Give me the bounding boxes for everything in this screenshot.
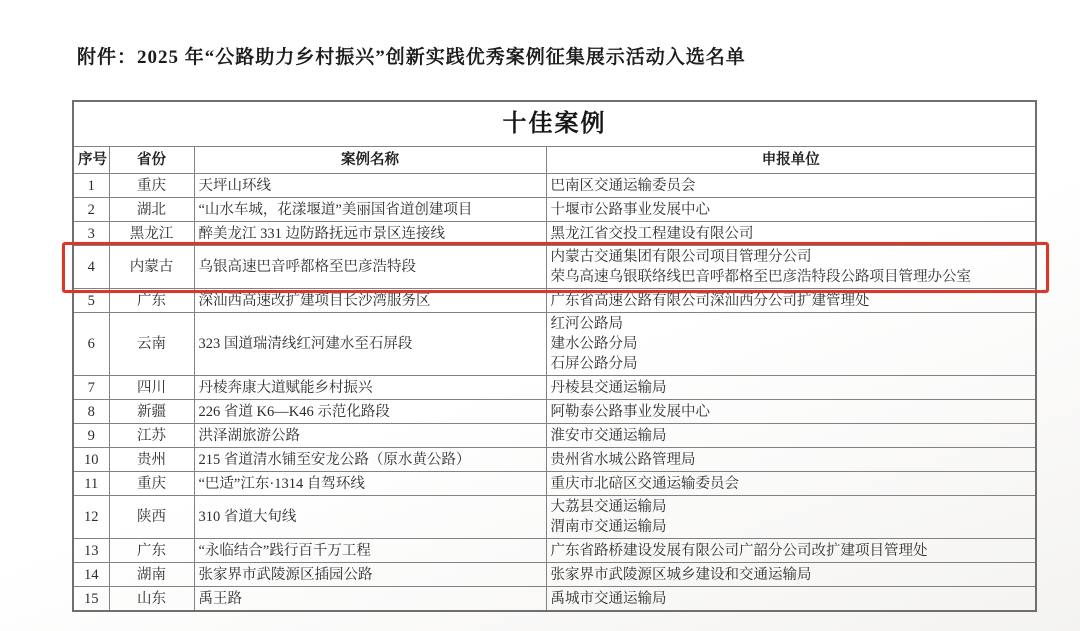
table-row: 5广东深汕西高速改扩建项目长沙湾服务区广东省高速公路有限公司深汕西分公司扩建管理… — [73, 289, 1036, 313]
unit-line: 丹棱县交通运输局 — [551, 378, 1032, 398]
cell-case-name: “永临结合”践行百千万工程 — [194, 539, 546, 563]
cell-province: 重庆 — [109, 174, 194, 198]
cell-applying-unit: 丹棱县交通运输局 — [546, 376, 1036, 400]
unit-line: 阿勒泰公路事业发展中心 — [551, 402, 1032, 422]
table-body: 1重庆天坪山环线巴南区交通运输委员会2湖北“山水车城，花漾堰道”美丽国省道创建项… — [73, 174, 1036, 612]
table-row: 3黑龙江醉美龙江 331 边防路抚远市景区连接线黑龙江省交投工程建设有限公司 — [73, 222, 1036, 246]
cell-province: 湖北 — [109, 198, 194, 222]
cell-serial-number: 7 — [73, 376, 109, 400]
cell-applying-unit: 阿勒泰公路事业发展中心 — [546, 400, 1036, 424]
unit-line: 荣乌高速乌银联络线巴音呼都格至巴彦浩特段公路项目管理办公室 — [551, 267, 1032, 287]
cell-serial-number: 12 — [73, 496, 109, 539]
cell-serial-number: 13 — [73, 539, 109, 563]
cell-applying-unit: 十堰市公路事业发展中心 — [546, 198, 1036, 222]
table-caption: 十佳案例 — [73, 101, 1036, 147]
table-row: 14湖南张家界市武陵源区插园公路张家界市武陵源区城乡建设和交通运输局 — [73, 563, 1036, 587]
cell-province: 云南 — [109, 313, 194, 376]
unit-line: 黑龙江省交投工程建设有限公司 — [551, 224, 1032, 244]
cell-serial-number: 4 — [73, 246, 109, 289]
cell-applying-unit: 黑龙江省交投工程建设有限公司 — [546, 222, 1036, 246]
cell-case-name: 丹棱奔康大道赋能乡村振兴 — [194, 376, 546, 400]
cell-serial-number: 15 — [73, 587, 109, 612]
unit-line: 广东省高速公路有限公司深汕西分公司扩建管理处 — [551, 291, 1032, 311]
cell-case-name: 洪泽湖旅游公路 — [194, 424, 546, 448]
cell-case-name: 天坪山环线 — [194, 174, 546, 198]
column-header-no: 序号 — [73, 147, 109, 174]
unit-line: 张家界市武陵源区城乡建设和交通运输局 — [551, 565, 1032, 585]
cell-case-name: 深汕西高速改扩建项目长沙湾服务区 — [194, 289, 546, 313]
cell-province: 广东 — [109, 539, 194, 563]
cell-province: 山东 — [109, 587, 194, 612]
cell-applying-unit: 巴南区交通运输委员会 — [546, 174, 1036, 198]
unit-line: 建水公路分局 — [551, 334, 1032, 354]
cell-applying-unit: 广东省路桥建设发展有限公司广韶分公司改扩建项目管理处 — [546, 539, 1036, 563]
cell-case-name: 乌银高速巴音呼都格至巴彦浩特段 — [194, 246, 546, 289]
table-row: 12陕西310 省道大旬线大荔县交通运输局渭南市交通运输局 — [73, 496, 1036, 539]
cell-province: 湖南 — [109, 563, 194, 587]
unit-line: 禹城市交通运输局 — [551, 589, 1032, 609]
cell-province: 江苏 — [109, 424, 194, 448]
cell-province: 内蒙古 — [109, 246, 194, 289]
cell-province: 新疆 — [109, 400, 194, 424]
scanned-document-page: 附件：2025 年“公路助力乡村振兴”创新实践优秀案例征集展示活动入选名单 十佳… — [0, 0, 1080, 631]
cell-case-name: 323 国道瑞清线红河建水至石屏段 — [194, 313, 546, 376]
unit-line: 广东省路桥建设发展有限公司广韶分公司改扩建项目管理处 — [551, 541, 1032, 561]
column-header-case: 案例名称 — [194, 147, 546, 174]
cell-serial-number: 2 — [73, 198, 109, 222]
table-row: 9江苏洪泽湖旅游公路淮安市交通运输局 — [73, 424, 1036, 448]
cell-applying-unit: 禹城市交通运输局 — [546, 587, 1036, 612]
table-row: 13广东“永临结合”践行百千万工程广东省路桥建设发展有限公司广韶分公司改扩建项目… — [73, 539, 1036, 563]
cell-case-name: 禹王路 — [194, 587, 546, 612]
table-row: 1重庆天坪山环线巴南区交通运输委员会 — [73, 174, 1036, 198]
table-row: 10贵州215 省道清水铺至安龙公路（原水黄公路）贵州省水城公路管理局 — [73, 448, 1036, 472]
cell-case-name: 张家界市武陵源区插园公路 — [194, 563, 546, 587]
cell-serial-number: 10 — [73, 448, 109, 472]
cell-serial-number: 5 — [73, 289, 109, 313]
table-row: 8新疆226 省道 K6—K46 示范化路段阿勒泰公路事业发展中心 — [73, 400, 1036, 424]
cell-province: 重庆 — [109, 472, 194, 496]
cell-case-name: “山水车城，花漾堰道”美丽国省道创建项目 — [194, 198, 546, 222]
cell-province: 黑龙江 — [109, 222, 194, 246]
cell-applying-unit: 内蒙古交通集团有限公司项目管理分公司荣乌高速乌银联络线巴音呼都格至巴彦浩特段公路… — [546, 246, 1036, 289]
table-row: 2湖北“山水车城，花漾堰道”美丽国省道创建项目十堰市公路事业发展中心 — [73, 198, 1036, 222]
table-row: 4内蒙古乌银高速巴音呼都格至巴彦浩特段内蒙古交通集团有限公司项目管理分公司荣乌高… — [73, 246, 1036, 289]
table-row: 6云南323 国道瑞清线红河建水至石屏段红河公路局建水公路分局石屏公路分局 — [73, 313, 1036, 376]
table-header-row: 序号 省份 案例名称 申报单位 — [73, 147, 1036, 174]
cell-applying-unit: 重庆市北碚区交通运输委员会 — [546, 472, 1036, 496]
unit-line: 十堰市公路事业发展中心 — [551, 200, 1032, 220]
cell-case-name: 310 省道大旬线 — [194, 496, 546, 539]
cell-serial-number: 11 — [73, 472, 109, 496]
cell-case-name: 醉美龙江 331 边防路抚远市景区连接线 — [194, 222, 546, 246]
table-row: 11重庆“巴适”江东·1314 自驾环线重庆市北碚区交通运输委员会 — [73, 472, 1036, 496]
unit-line: 巴南区交通运输委员会 — [551, 176, 1032, 196]
cell-case-name: 226 省道 K6—K46 示范化路段 — [194, 400, 546, 424]
unit-line: 石屏公路分局 — [551, 354, 1032, 374]
cell-province: 陕西 — [109, 496, 194, 539]
cell-province: 贵州 — [109, 448, 194, 472]
cell-applying-unit: 淮安市交通运输局 — [546, 424, 1036, 448]
cell-case-name: “巴适”江东·1314 自驾环线 — [194, 472, 546, 496]
attachment-title: 附件：2025 年“公路助力乡村振兴”创新实践优秀案例征集展示活动入选名单 — [77, 42, 746, 69]
cell-applying-unit: 广东省高速公路有限公司深汕西分公司扩建管理处 — [546, 289, 1036, 313]
table-row: 15山东禹王路禹城市交通运输局 — [73, 587, 1036, 612]
unit-line: 淮安市交通运输局 — [551, 426, 1032, 446]
unit-line: 内蒙古交通集团有限公司项目管理分公司 — [551, 247, 1032, 267]
cell-applying-unit: 贵州省水城公路管理局 — [546, 448, 1036, 472]
table-row: 7四川丹棱奔康大道赋能乡村振兴丹棱县交通运输局 — [73, 376, 1036, 400]
unit-line: 贵州省水城公路管理局 — [551, 450, 1032, 470]
cell-applying-unit: 红河公路局建水公路分局石屏公路分局 — [546, 313, 1036, 376]
table-caption-row: 十佳案例 — [73, 101, 1036, 147]
cases-table: 十佳案例 序号 省份 案例名称 申报单位 1重庆天坪山环线巴南区交通运输委员会2… — [72, 100, 1037, 612]
cell-serial-number: 8 — [73, 400, 109, 424]
cell-applying-unit: 张家界市武陵源区城乡建设和交通运输局 — [546, 563, 1036, 587]
unit-line: 重庆市北碚区交通运输委员会 — [551, 474, 1032, 494]
cell-serial-number: 9 — [73, 424, 109, 448]
column-header-province: 省份 — [109, 147, 194, 174]
cell-province: 广东 — [109, 289, 194, 313]
unit-line: 渭南市交通运输局 — [551, 517, 1032, 537]
cell-serial-number: 1 — [73, 174, 109, 198]
cell-serial-number: 3 — [73, 222, 109, 246]
unit-line: 红河公路局 — [551, 314, 1032, 334]
column-header-unit: 申报单位 — [546, 147, 1036, 174]
cell-province: 四川 — [109, 376, 194, 400]
cell-case-name: 215 省道清水铺至安龙公路（原水黄公路） — [194, 448, 546, 472]
unit-line: 大荔县交通运输局 — [551, 497, 1032, 517]
cell-serial-number: 14 — [73, 563, 109, 587]
cell-applying-unit: 大荔县交通运输局渭南市交通运输局 — [546, 496, 1036, 539]
cell-serial-number: 6 — [73, 313, 109, 376]
